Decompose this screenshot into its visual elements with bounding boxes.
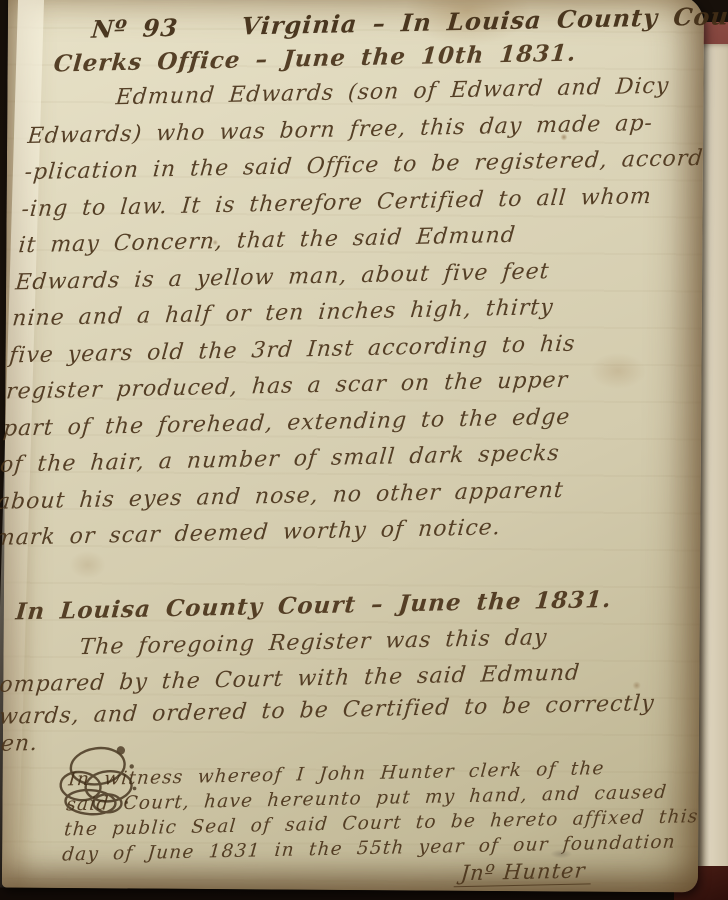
court-title: Virginia – In Louisa County Court [240,1,728,41]
register-paragraph: Edmund Edwards (son of Edward and Dicy E… [0,68,684,557]
manuscript-photo: Nº 93 Virginia – In Louisa County Court … [0,0,728,900]
clerk-signature: Jnº Hunter [454,858,593,887]
entry-number: Nº 93 [90,13,179,44]
manuscript-page: Nº 93 Virginia – In Louisa County Court … [2,0,704,892]
faint-pencil-smudge [550,849,572,858]
ink-seal-scribble-icon [50,736,151,837]
court-heading-year: 1831. [533,580,613,619]
